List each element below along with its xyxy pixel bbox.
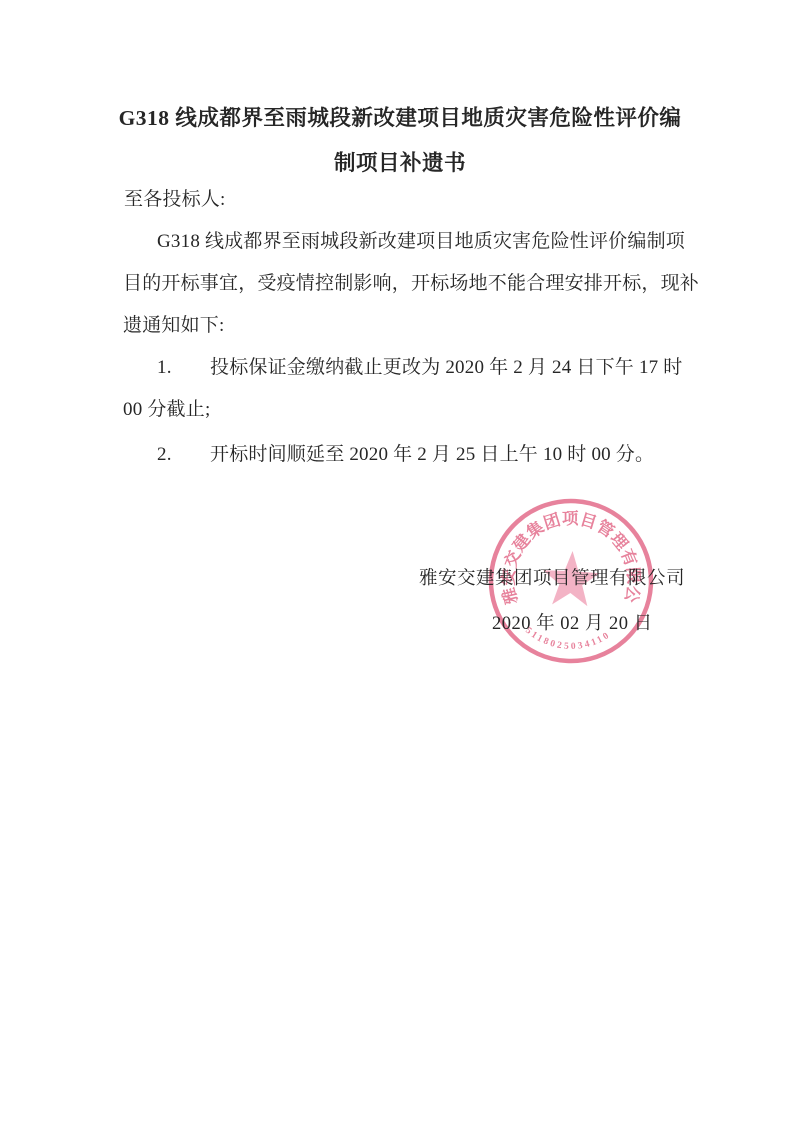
document-title-line1: G318 线成都界至雨城段新改建项目地质灾害危险性评价编 bbox=[0, 96, 800, 141]
list-item-1-text: 投标保证金缴纳截止更改为 2020 年 2 月 24 日下午 17 时 bbox=[210, 357, 683, 378]
document-page: G318 线成都界至雨城段新改建项目地质灾害危险性评价编 制项目补遗书 至各投标… bbox=[0, 0, 800, 1131]
paragraph-line-1: G318 线成都界至雨城段新改建项目地质灾害危险性评价编制项 bbox=[157, 230, 685, 254]
signature-company-name: 雅安交建集团项目管理有限公司 bbox=[419, 564, 685, 590]
document-title-line2: 制项目补遗书 bbox=[0, 141, 800, 186]
signature-date: 2020 年 02 月 20 日 bbox=[492, 609, 653, 635]
document-title: G318 线成都界至雨城段新改建项目地质灾害危险性评价编 制项目补遗书 bbox=[0, 96, 800, 186]
salutation: 至各投标人: bbox=[124, 188, 225, 212]
list-item-2-text: 开标时间顺延至 2020 年 2 月 25 日上午 10 时 00 分。 bbox=[210, 444, 654, 465]
list-item-1-continued: 00 分截止; bbox=[123, 398, 210, 422]
paragraph-line-3: 遗通知如下: bbox=[123, 314, 224, 338]
list-item-1: 1.投标保证金缴纳截止更改为 2020 年 2 月 24 日下午 17 时 bbox=[157, 356, 683, 380]
paragraph-line-2: 目的开标事宜，受疫情控制影响，开标场地不能合理安排开标，现补 bbox=[123, 272, 699, 296]
list-item-2-number: 2. bbox=[157, 443, 210, 467]
list-item-2: 2.开标时间顺延至 2020 年 2 月 25 日上午 10 时 00 分。 bbox=[157, 443, 654, 467]
list-item-1-number: 1. bbox=[157, 356, 210, 380]
